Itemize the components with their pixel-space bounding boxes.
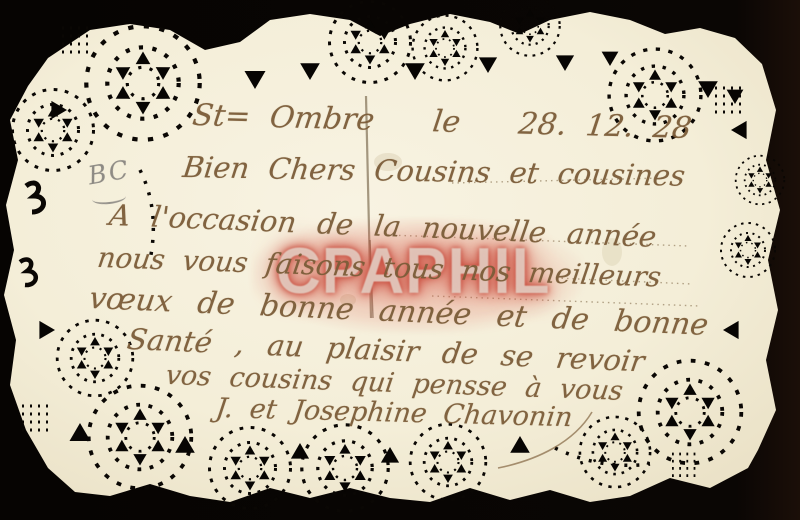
photo-canvas: CPAPHIL BC St= Ombre le 28. 12. 28 Bien …: [0, 0, 800, 520]
